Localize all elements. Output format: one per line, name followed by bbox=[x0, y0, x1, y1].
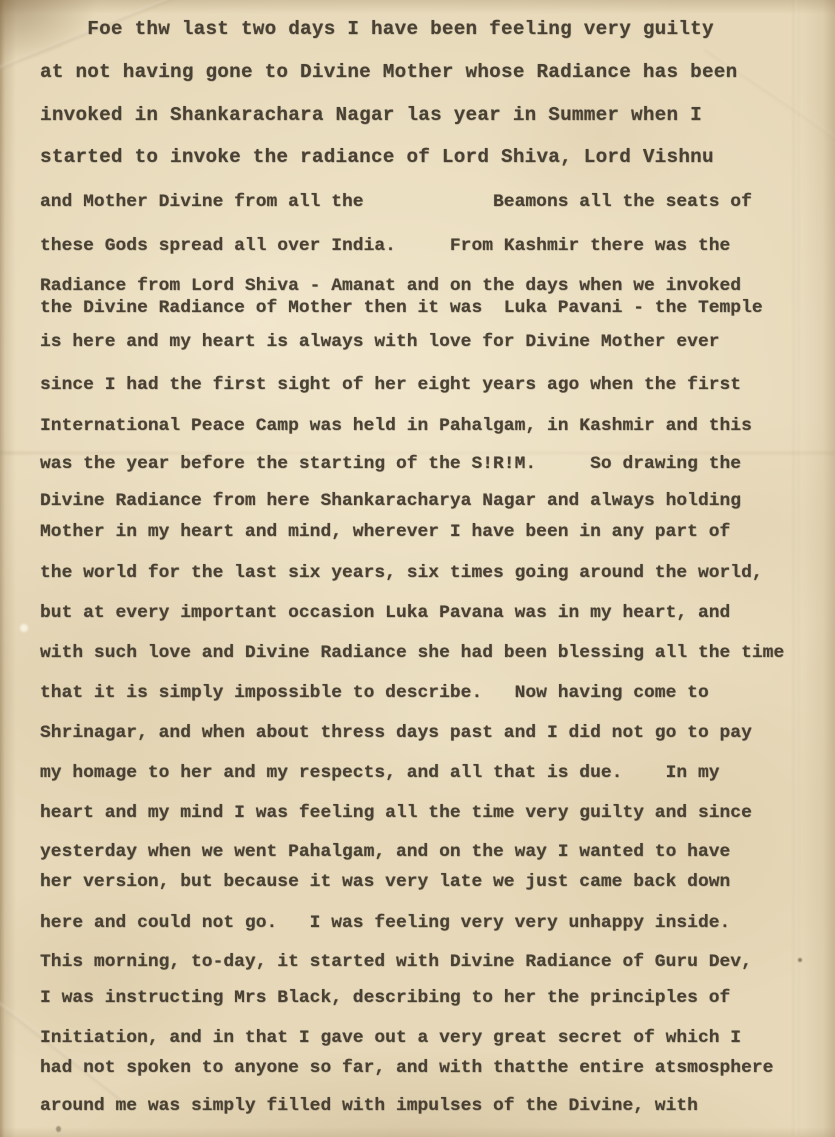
typewritten-line: had not spoken to anyone so far, and wit… bbox=[40, 1058, 773, 1078]
typewritten-line: with such love and Divine Radiance she h… bbox=[40, 643, 784, 663]
typewritten-line: started to invoke the radiance of Lord S… bbox=[40, 146, 714, 168]
typewritten-line: but at every important occasion Luka Pav… bbox=[40, 603, 730, 623]
typewritten-line: the Divine Radiance of Mother then it wa… bbox=[40, 298, 763, 318]
typewritten-line: Initiation, and in that I gave out a ver… bbox=[40, 1028, 741, 1048]
typewritten-line: that it is simply impossible to describe… bbox=[40, 683, 709, 703]
typewritten-line: and Mother Divine from all the Beamons a… bbox=[40, 192, 752, 212]
typewritten-line: my homage to her and my respects, and al… bbox=[40, 763, 720, 783]
typewritten-text: Foe thw last two days I have been feelin… bbox=[0, 0, 835, 1137]
typewritten-line: Radiance from Lord Shiva - Amanat and on… bbox=[40, 276, 741, 296]
typewritten-line: Mother in my heart and mind, wherever I … bbox=[40, 522, 730, 542]
typewritten-line: was the year before the starting of the … bbox=[40, 454, 741, 474]
typewritten-line: Divine Radiance from here Shankaracharya… bbox=[40, 491, 741, 511]
typewritten-line: Shrinagar, and when about thress days pa… bbox=[40, 723, 752, 743]
typewritten-line: here and could not go. I was feeling ver… bbox=[40, 913, 730, 933]
typewritten-line: these Gods spread all over India. From K… bbox=[40, 236, 730, 256]
typewritten-line: International Peace Camp was held in Pah… bbox=[40, 416, 752, 436]
typewritten-line: since I had the first sight of her eight… bbox=[40, 375, 741, 395]
typewritten-line: This morning, to-day, it started with Di… bbox=[40, 952, 752, 972]
typewritten-line: around me was simply filled with impulse… bbox=[40, 1096, 698, 1116]
typewritten-line: Foe thw last two days I have been feelin… bbox=[40, 18, 714, 40]
typewritten-line: her version, but because it was very lat… bbox=[40, 872, 730, 892]
typewritten-line: yesterday when we went Pahalgam, and on … bbox=[40, 842, 730, 862]
typewritten-line: at not having gone to Divine Mother whos… bbox=[40, 61, 737, 83]
typewritten-line: heart and my mind I was feeling all the … bbox=[40, 803, 752, 823]
typewritten-line: invoked in Shankarachara Nagar las year … bbox=[40, 104, 702, 126]
typewritten-line: is here and my heart is always with love… bbox=[40, 332, 720, 352]
typewritten-line: I was instructing Mrs Black, describing … bbox=[40, 988, 730, 1008]
paper-sheet: Foe thw last two days I have been feelin… bbox=[0, 0, 835, 1137]
typewritten-line: the world for the last six years, six ti… bbox=[40, 563, 763, 583]
